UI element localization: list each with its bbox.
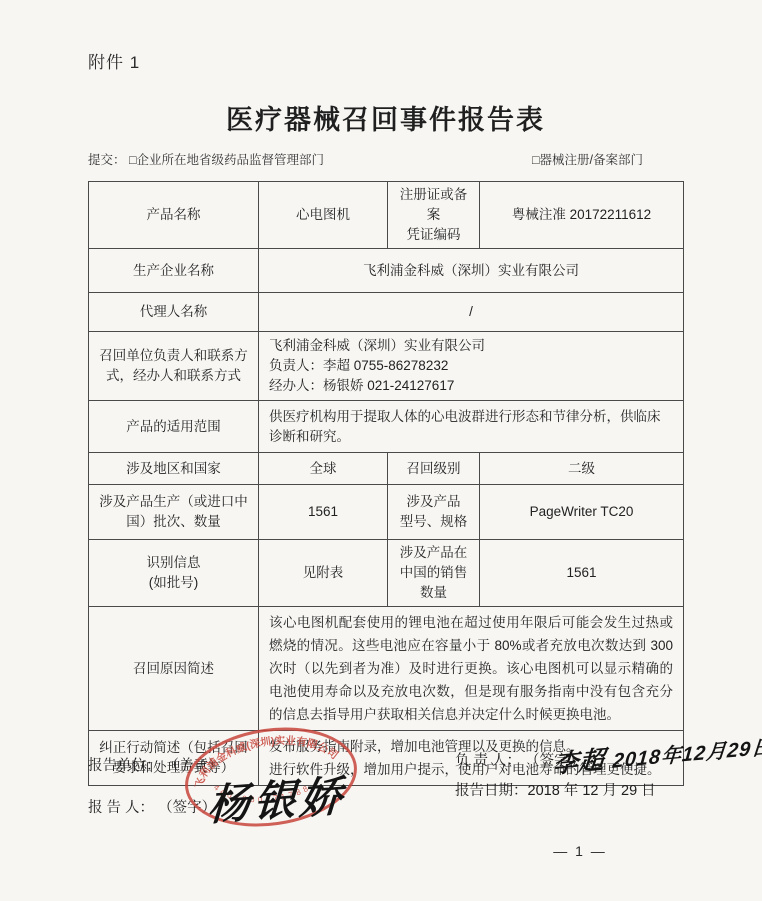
intended-use-label: 产品的适用范围 bbox=[89, 401, 259, 453]
submit-line: 提交： □企业所在地省级药品监督管理部门 □器械注册/备案部门 bbox=[88, 150, 683, 168]
regions-label: 涉及地区和国家 bbox=[89, 453, 259, 485]
recall-contact-company: 飞利浦金科威（深圳）实业有限公司 bbox=[269, 336, 673, 356]
form-title: 医疗器械召回事件报告表 bbox=[88, 98, 683, 137]
table-row: 代理人名称 / bbox=[89, 293, 684, 332]
identification-value: 见附表 bbox=[259, 540, 388, 607]
table-row: 召回单位负责人和联系方式，经办人和联系方式 飞利浦金科威（深圳）实业有限公司 负… bbox=[89, 332, 684, 401]
model-spec-value: PageWriter TC20 bbox=[480, 485, 684, 540]
recall-contact-label: 召回单位负责人和联系方式，经办人和联系方式 bbox=[89, 332, 259, 401]
table-row: 涉及产品生产（或进口中国）批次、数量 1561 涉及产品 型号、规格 PageW… bbox=[89, 485, 684, 540]
responsible-signature-name: 李超 bbox=[552, 746, 606, 779]
product-name-value: 心电图机 bbox=[259, 182, 388, 249]
submit-option-registration: □器械注册/备案部门 bbox=[532, 150, 643, 168]
responsible-signature-date: 2018年12月29日 bbox=[612, 736, 762, 772]
recall-report-table: 产品名称 心电图机 注册证或备案 凭证编码 粤械注准 20172211612 生… bbox=[88, 181, 684, 786]
reporter-handwritten-signature: 杨银娇 bbox=[206, 763, 348, 833]
submit-option-provincial: 提交： □企业所在地省级药品监督管理部门 bbox=[88, 150, 324, 168]
china-sales-label: 涉及产品在中国的销售数量 bbox=[388, 540, 480, 607]
registration-number-value: 粤械注准 20172211612 bbox=[480, 182, 684, 249]
manufacturer-label: 生产企业名称 bbox=[89, 249, 259, 293]
agent-name-label: 代理人名称 bbox=[89, 293, 259, 332]
table-row: 产品名称 心电图机 注册证或备案 凭证编码 粤械注准 20172211612 bbox=[89, 182, 684, 249]
page-number: — 1 — bbox=[535, 843, 625, 859]
intended-use-value: 供医疗机构用于提取人体的心电波群进行形态和节律分析，供临床诊断和研究。 bbox=[259, 401, 684, 453]
table-row: 产品的适用范围 供医疗机构用于提取人体的心电波群进行形态和节律分析，供临床诊断和… bbox=[89, 401, 684, 453]
recall-level-label: 召回级别 bbox=[388, 453, 480, 485]
table-row: 生产企业名称 飞利浦金科威（深圳）实业有限公司 bbox=[89, 249, 684, 293]
table-row: 识别信息 (如批号) 见附表 涉及产品在中国的销售数量 1561 bbox=[89, 540, 684, 607]
batch-quantity-label: 涉及产品生产（或进口中国）批次、数量 bbox=[89, 485, 259, 540]
manufacturer-value: 飞利浦金科威（深圳）实业有限公司 bbox=[259, 249, 684, 293]
agent-name-value: / bbox=[259, 293, 684, 332]
regions-value: 全球 bbox=[259, 453, 388, 485]
model-spec-label: 涉及产品 型号、规格 bbox=[388, 485, 480, 540]
attachment-label: 附件 1 bbox=[88, 48, 140, 73]
china-sales-value: 1561 bbox=[480, 540, 684, 607]
identification-label: 识别信息 (如批号) bbox=[89, 540, 259, 607]
recall-reason-label: 召回原因简述 bbox=[89, 607, 259, 731]
product-name-label: 产品名称 bbox=[89, 182, 259, 249]
registration-number-label: 注册证或备案 凭证编码 bbox=[388, 182, 480, 249]
batch-quantity-value: 1561 bbox=[259, 485, 388, 540]
recall-reason-value: 该心电图机配套使用的锂电池在超过使用年限后可能会发生过热或燃烧的情况。这些电池应… bbox=[259, 607, 684, 731]
scanned-document-page: 附件 1 医疗器械召回事件报告表 提交： □企业所在地省级药品监督管理部门 □器… bbox=[0, 0, 762, 901]
report-date: 报告日期：2018 年 12 月 29 日 bbox=[455, 779, 656, 800]
table-row: 召回原因简述 该心电图机配套使用的锂电池在超过使用年限后可能会发生过热或燃烧的情… bbox=[89, 607, 684, 731]
recall-level-value: 二级 bbox=[480, 453, 684, 485]
table-row: 涉及地区和国家 全球 召回级别 二级 bbox=[89, 453, 684, 485]
recall-contact-handler: 经办人：杨银娇 021-24127617 bbox=[269, 376, 673, 396]
recall-contact-value: 飞利浦金科威（深圳）实业有限公司 负责人：李超 0755-86278232 经办… bbox=[259, 332, 684, 401]
recall-contact-responsible: 负责人：李超 0755-86278232 bbox=[269, 356, 673, 376]
